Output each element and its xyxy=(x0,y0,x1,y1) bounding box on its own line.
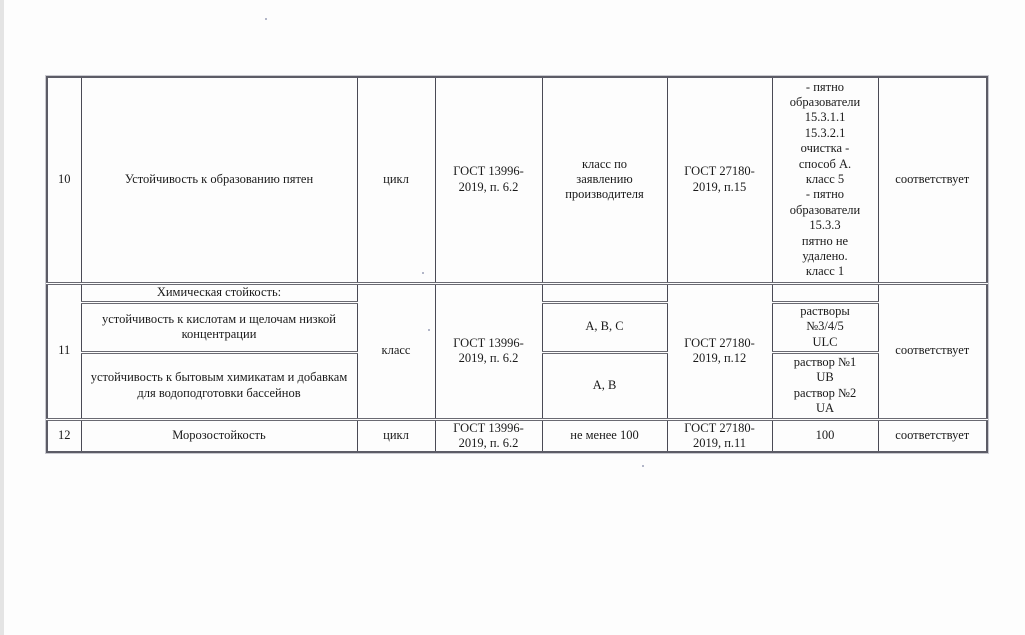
indicator-name: устойчивость к бытовым химикатам и добав… xyxy=(81,352,357,419)
unit: цикл xyxy=(357,77,435,283)
actual-value-empty xyxy=(772,283,878,302)
nd-test-method: ГОСТ 27180- 2019, п.12 xyxy=(667,283,772,419)
conformity: соответствует xyxy=(878,77,987,283)
indicator-name: устойчивость к кислотам и щелочам низкой… xyxy=(81,302,357,352)
table-row-10: 10 Устойчивость к образованию пятен цикл… xyxy=(47,77,987,283)
row-number: 12 xyxy=(47,419,81,452)
required-value: А, В xyxy=(542,352,667,419)
indicator-group-header: Химическая стойкость: xyxy=(81,283,357,302)
nd-test-method: ГОСТ 27180- 2019, п.15 xyxy=(667,77,772,283)
unit: цикл xyxy=(357,419,435,452)
actual-value: 100 xyxy=(772,419,878,452)
unit: класс xyxy=(357,283,435,419)
indicator-name: Морозостойкость xyxy=(81,419,357,452)
nd-requirements: ГОСТ 13996- 2019, п. 6.2 xyxy=(435,419,542,452)
actual-value: раствор №1 UB раствор №2 UA xyxy=(772,352,878,419)
test-results-table: 10 Устойчивость к образованию пятен цикл… xyxy=(46,76,988,453)
table-row-11-header: 11 Химическая стойкость: класс ГОСТ 1399… xyxy=(47,283,987,302)
table-row-12: 12 Морозостойкость цикл ГОСТ 13996- 2019… xyxy=(47,419,987,452)
nd-requirements: ГОСТ 13996- 2019, п. 6.2 xyxy=(435,77,542,283)
nd-requirements: ГОСТ 13996- 2019, п. 6.2 xyxy=(435,283,542,419)
indicator-name: Устойчивость к образованию пятен xyxy=(81,77,357,283)
conformity: соответствует xyxy=(878,419,987,452)
required-value: не менее 100 xyxy=(542,419,667,452)
actual-value: - пятно образователи 15.3.1.1 15.3.2.1 о… xyxy=(772,77,878,283)
required-value-empty xyxy=(542,283,667,302)
scan-speck xyxy=(422,272,424,274)
required-value: класс по заявлению производителя xyxy=(542,77,667,283)
scan-speck xyxy=(642,465,644,467)
nd-test-method: ГОСТ 27180- 2019, п.11 xyxy=(667,419,772,452)
row-number: 11 xyxy=(47,283,81,419)
scan-speck xyxy=(428,329,430,331)
row-number: 10 xyxy=(47,77,81,283)
scan-speck xyxy=(265,18,267,20)
actual-value: растворы №3/4/5 ULC xyxy=(772,302,878,352)
conformity: соответствует xyxy=(878,283,987,419)
required-value: А, В, С xyxy=(542,302,667,352)
